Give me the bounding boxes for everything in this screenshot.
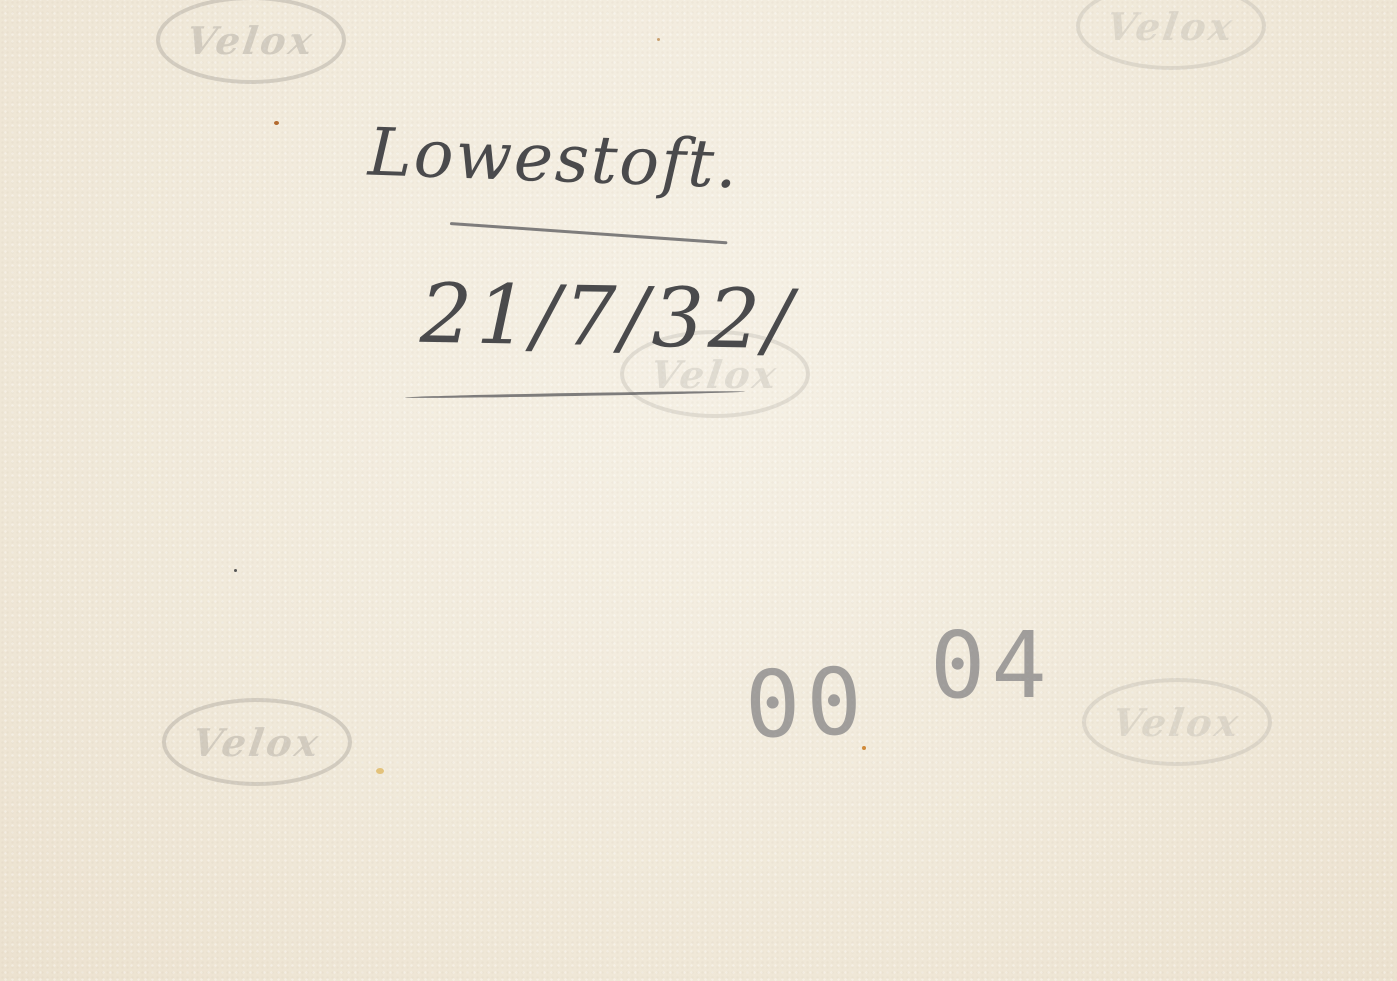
watermark-text: Velox bbox=[184, 18, 318, 63]
velox-watermark-bottom-right: Velox bbox=[1082, 678, 1272, 766]
velox-watermark-top-right: Velox bbox=[1076, 0, 1266, 70]
handwritten-place: Lowestoft. bbox=[367, 114, 741, 204]
handwritten-date: 21/7/32/ bbox=[419, 267, 796, 369]
watermark-text: Velox bbox=[190, 720, 324, 765]
paper-speck bbox=[376, 768, 384, 774]
place-underline bbox=[450, 222, 728, 244]
photo-back-card: Velox Velox Velox Velox Velox Lowestoft.… bbox=[0, 0, 1397, 981]
watermark-text: Velox bbox=[1110, 700, 1244, 745]
paper-speck bbox=[862, 746, 866, 750]
paper-speck bbox=[274, 121, 279, 125]
velox-watermark-bottom-left: Velox bbox=[162, 698, 352, 786]
paper-speck bbox=[234, 569, 237, 572]
velox-watermark-top-left: Velox bbox=[156, 0, 346, 84]
paper-speck bbox=[657, 38, 660, 41]
watermark-text: Velox bbox=[1104, 4, 1238, 49]
stamped-number-part1: 00 bbox=[743, 648, 869, 759]
stamped-number-part2: 04 bbox=[930, 612, 1053, 719]
